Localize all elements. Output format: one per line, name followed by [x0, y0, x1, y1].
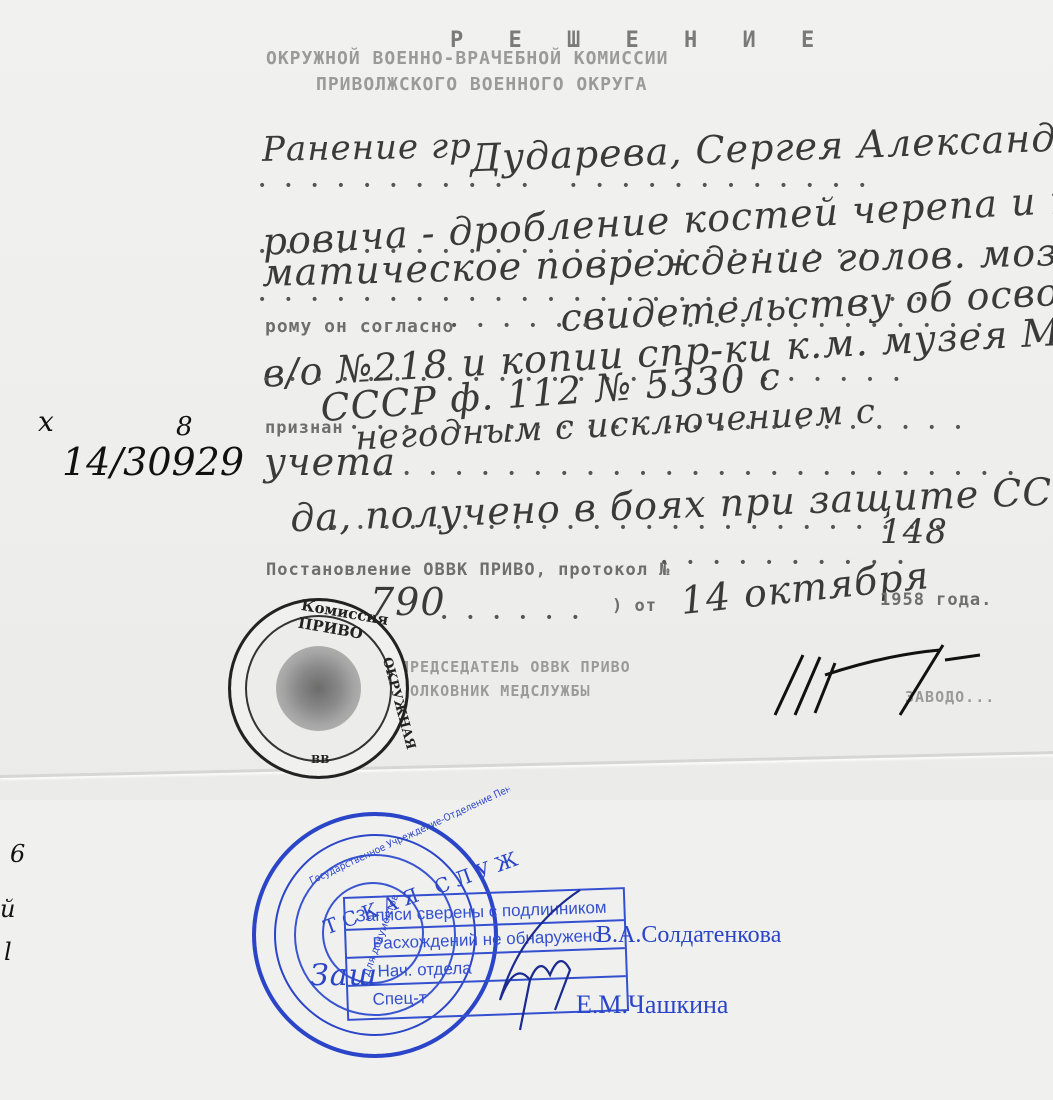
archive-number: 14/30929 — [62, 440, 244, 484]
typed-rom-soglasno: рому он согласно — [265, 316, 454, 337]
stamp-line-3: Нач. отдела — [377, 959, 472, 982]
body-label-ranenie: Ранение гр — [262, 126, 473, 170]
typed-priznan: признан — [265, 418, 344, 438]
margin-bottom-1: 6 — [10, 840, 25, 868]
typed-year: 1958 года. — [880, 590, 992, 610]
ussr-emblem-icon — [276, 646, 361, 731]
margin-bottom-2: й — [0, 895, 15, 923]
certification-handwritten: Заш — [310, 958, 378, 993]
document-header-line-1: ОКРУЖНОЙ ВОЕННО-ВРАЧЕБНОЙ КОМИССИИ — [266, 48, 668, 69]
certifier-name-2: Е.М.Чашкина — [576, 990, 728, 1020]
certifier-name-1: В.А.Солдатенкова — [596, 922, 781, 949]
fill-dots: •••••••••••••••••••••••• — [330, 520, 960, 536]
margin-superscript: 8 — [176, 412, 193, 442]
military-commission-seal: Комиссия ПРИВО ОКРУЖНАЯ ВВ — [228, 598, 409, 779]
margin-mark: x — [38, 405, 54, 438]
chair-signature — [765, 635, 985, 725]
chair-rank: ПОЛКОВНИК МЕДСЛУЖБЫ — [400, 682, 591, 700]
document-header-line-2: ПРИВОЛЖСКОГО ВОЕННОГО ОКРУГА — [316, 74, 647, 95]
margin-bottom-3: l — [4, 938, 12, 966]
protocol-number-148: 148 — [880, 512, 948, 552]
typed-ot: ) от — [612, 596, 657, 616]
stamp-line-4: Спец-т — [372, 988, 427, 1010]
chair-label: ПРЕДСЕДАТЕЛЬ ОВВК ПРИВО — [400, 658, 631, 676]
typed-postanovlenie: Постановление ОВВК ПРИВО, протокол № — [266, 560, 670, 580]
fill-dots: •••••• — [440, 610, 598, 626]
seal-bottom-text: ВВ — [311, 753, 330, 766]
fill-dots: •••••••••••••••••••••••• — [350, 420, 980, 436]
